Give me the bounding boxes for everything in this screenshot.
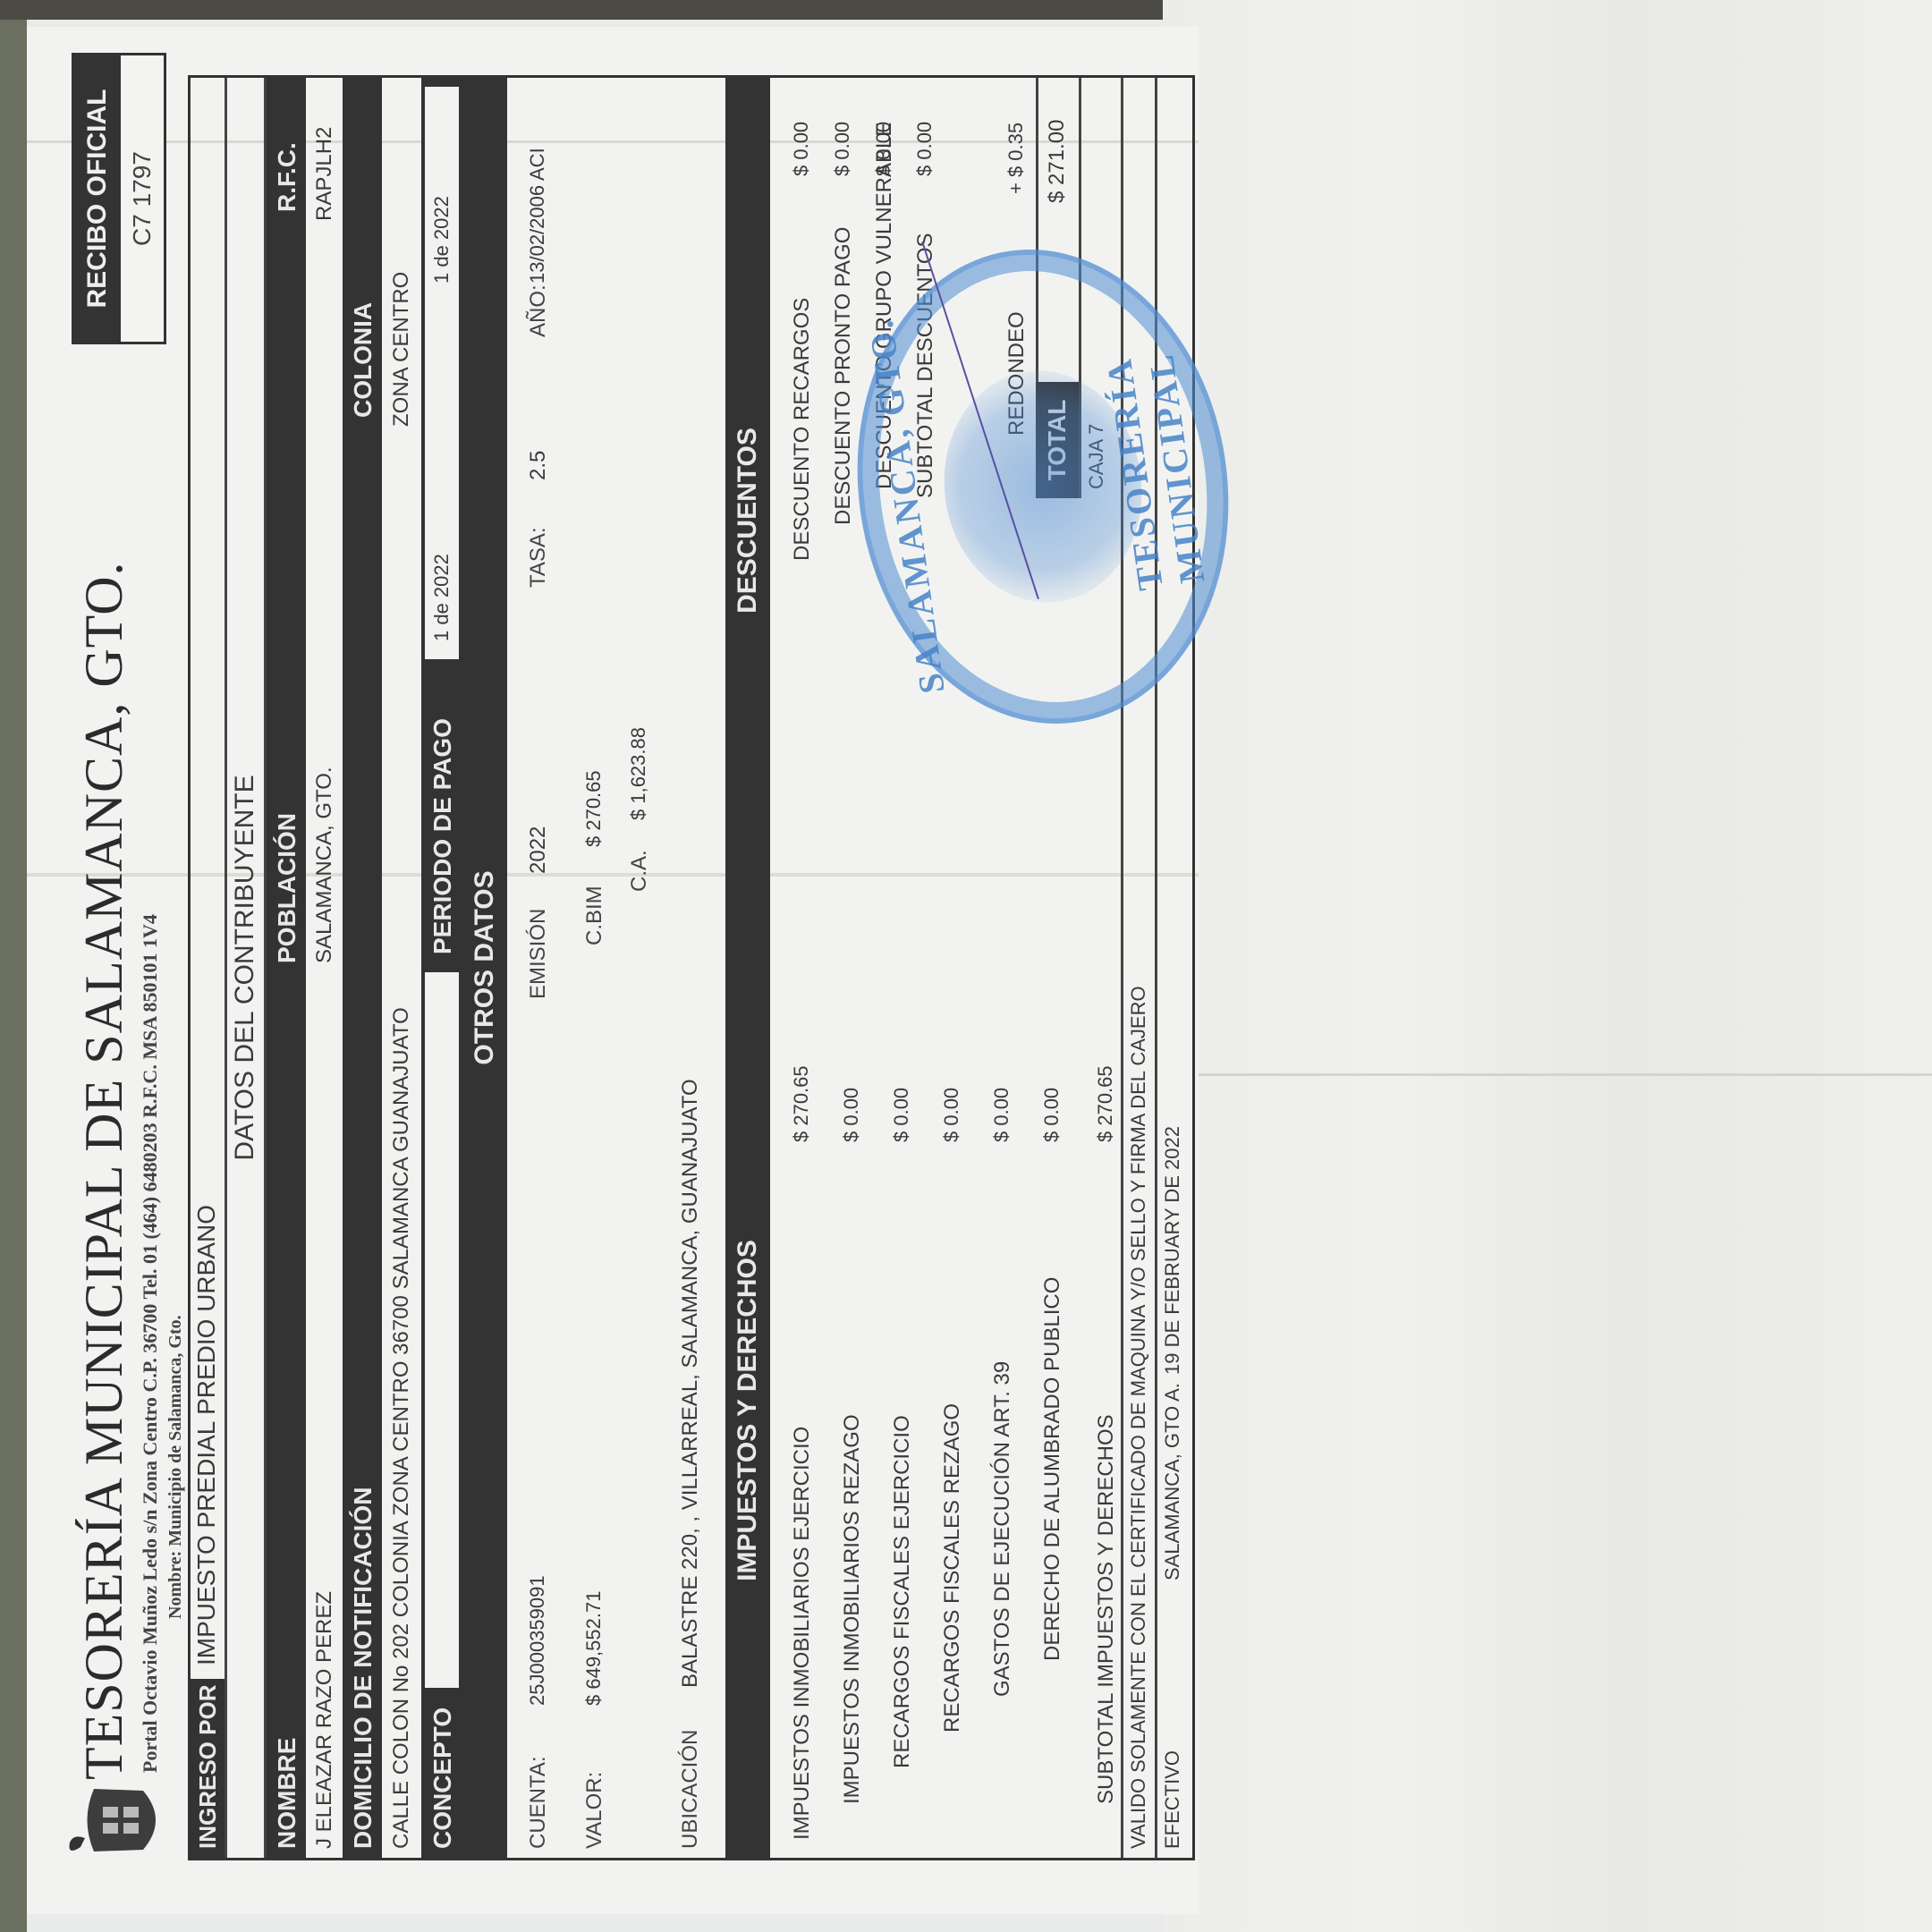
municipal-crest-icon (63, 1771, 170, 1869)
impuestos-subtotal: $ 270.65 (1094, 1065, 1117, 1142)
divider (225, 78, 227, 1858)
poblacion-label: POBLACIÓN (273, 813, 301, 963)
impuesto-item-amount: $ 0.00 (840, 1088, 863, 1142)
valor-value: $ 649,552.71 (582, 1591, 606, 1706)
sections-header-bar: IMPUESTOS Y DERECHOS DESCUENTOS (725, 78, 770, 1858)
descuento-item-amount: $ 0.00 (831, 122, 854, 176)
colonia-label: COLONIA (349, 302, 377, 418)
impuesto-item-amount: $ 0.00 (890, 1088, 913, 1142)
impuesto-item-label: IMPUESTOS INMOBILIARIOS REZAGO (840, 1414, 865, 1804)
contribuyente-header-bar: NOMBRE POBLACIÓN R.F.C. (267, 78, 306, 1858)
valor-label: VALOR: (582, 1772, 607, 1849)
cbim-value: $ 270.65 (582, 770, 606, 847)
impuesto-item-label: GASTOS DE EJECUCIÓN ART. 39 (990, 1361, 1015, 1697)
cuenta-value: 25J000359091 (526, 1575, 549, 1706)
receipt-label: RECIBO OFICIAL (74, 55, 121, 342)
descuentos-title: DESCUENTOS (733, 78, 763, 963)
issuer-entity-name: Nombre: Municipio de Salamanca, Gto. (165, 1315, 186, 1619)
rfc-value: RAPJLH2 (312, 127, 337, 221)
emision-value: 2022 (526, 826, 551, 874)
impuesto-item-amount: $ 270.65 (790, 1065, 813, 1142)
contribuyente-title: DATOS DEL CONTRIBUYENTE (230, 78, 260, 1858)
periodo-label: PERIODO DE PAGO (428, 718, 457, 954)
payment-date: 19 DE FEBRUARY DE 2022 (1161, 1126, 1184, 1375)
otros-datos-title: OTROS DATOS (462, 78, 507, 1858)
impuesto-item-amount: $ 0.00 (990, 1088, 1013, 1142)
periodo-values: 1 de 2022 1 de 2022 (425, 87, 459, 659)
domicilio-header-bar: DOMICILIO DE NOTIFICACIÓN COLONIA (343, 78, 382, 1858)
impuesto-item-amount: $ 0.00 (1040, 1088, 1063, 1142)
poblacion-value: SALAMANCA, GTO. (312, 767, 337, 963)
impuesto-item-label: RECARGOS FISCALES REZAGO (940, 1403, 965, 1733)
descuentos-subtotal: $ 0.00 (913, 122, 936, 176)
tasa-value: 2.5 (526, 451, 551, 480)
ca-label: C.A. (627, 850, 652, 892)
concepto-label: CONCEPTO (428, 1707, 457, 1849)
periodo-desde: 1 de 2022 (430, 554, 453, 641)
background-edge (0, 0, 1190, 20)
impuesto-item-label: IMPUESTOS INMOBILIARIOS EJERCICIO (790, 1427, 815, 1840)
impuesto-item-label: DERECHO DE ALUMBRADO PUBLICO (1040, 1277, 1065, 1661)
paper-blank-area (1163, 0, 1932, 1932)
rfc-label: R.F.C. (273, 142, 301, 212)
emision-label: EMISIÓN (526, 909, 551, 999)
anio-label: AÑO: (526, 284, 551, 337)
payment-method: EFECTIVO (1161, 1750, 1184, 1849)
validity-note: VALIDO SOLAMENTE CON EL CERTIFICADO DE M… (1127, 986, 1150, 1849)
descuento-item-label: DESCUENTO PRONTO PAGO (831, 227, 856, 525)
receipt-number: C7 1797 (121, 55, 164, 342)
descuento-item-label: DESCUENTO RECARGOS (790, 298, 815, 561)
tasa-label: TASA: (526, 527, 551, 588)
descuento-item-amount: $ 0.00 (872, 122, 895, 176)
ca-value: $ 1,623.88 (627, 727, 650, 820)
ingreso-label: INGRESO POR (191, 1679, 225, 1858)
anio-value: 13/02/2006 ACI (526, 148, 549, 284)
issuer-address: Portal Octavio Muñoz Ledo s/n Zona Centr… (139, 914, 162, 1773)
concepto-header-bar: CONCEPTO PERIODO DE PAGO 1 de 2022 1 de … (421, 78, 462, 1858)
ubicacion-value: BALASTRE 220, , VILLARREAL, SALAMANCA, G… (678, 1079, 703, 1688)
domicilio-value: CALLE COLON No 202 COLONIA ZONA CENTRO 3… (389, 1007, 414, 1849)
periodo-hasta: 1 de 2022 (430, 196, 453, 284)
total-amount: $ 271.00 (1045, 120, 1070, 203)
official-receipt-box: RECIBO OFICIAL C7 1797 (72, 53, 166, 344)
colonia-value: ZONA CENTRO (389, 272, 414, 427)
impuesto-item-label: RECARGOS FISCALES EJERCICIO (890, 1415, 915, 1768)
cuenta-label: CUENTA: (526, 1756, 551, 1849)
descuento-item-amount: $ 0.00 (790, 122, 813, 176)
cbim-label: C.BIM (582, 885, 607, 945)
ubicacion-label: UBICACIÓN (678, 1730, 703, 1849)
background-surface (0, 0, 27, 1932)
nombre-value: J ELEAZAR RAZO PEREZ (312, 1591, 337, 1849)
nombre-label: NOMBRE (273, 1738, 301, 1849)
impuestos-title: IMPUESTOS Y DERECHOS (733, 963, 763, 1858)
ingreso-value: IMPUESTO PREDIAL PREDIO URBANO (192, 1205, 221, 1665)
concepto-value (425, 972, 459, 1688)
impuestos-subtotal-label: SUBTOTAL IMPUESTOS Y DERECHOS (1094, 1414, 1119, 1804)
issuer-title: TESORERÍA MUNICIPAL DE SALAMANCA, GTO. (73, 561, 135, 1780)
domicilio-label: DOMICILIO DE NOTIFICACIÓN (349, 1487, 377, 1849)
tax-receipt: TESORERÍA MUNICIPAL DE SALAMANCA, GTO. P… (27, 27, 1199, 1914)
impuesto-item-amount: $ 0.00 (940, 1088, 963, 1142)
payment-place: SALAMANCA, GTO A. (1161, 1383, 1184, 1580)
redondeo-value: + $ 0.35 (1004, 123, 1028, 194)
